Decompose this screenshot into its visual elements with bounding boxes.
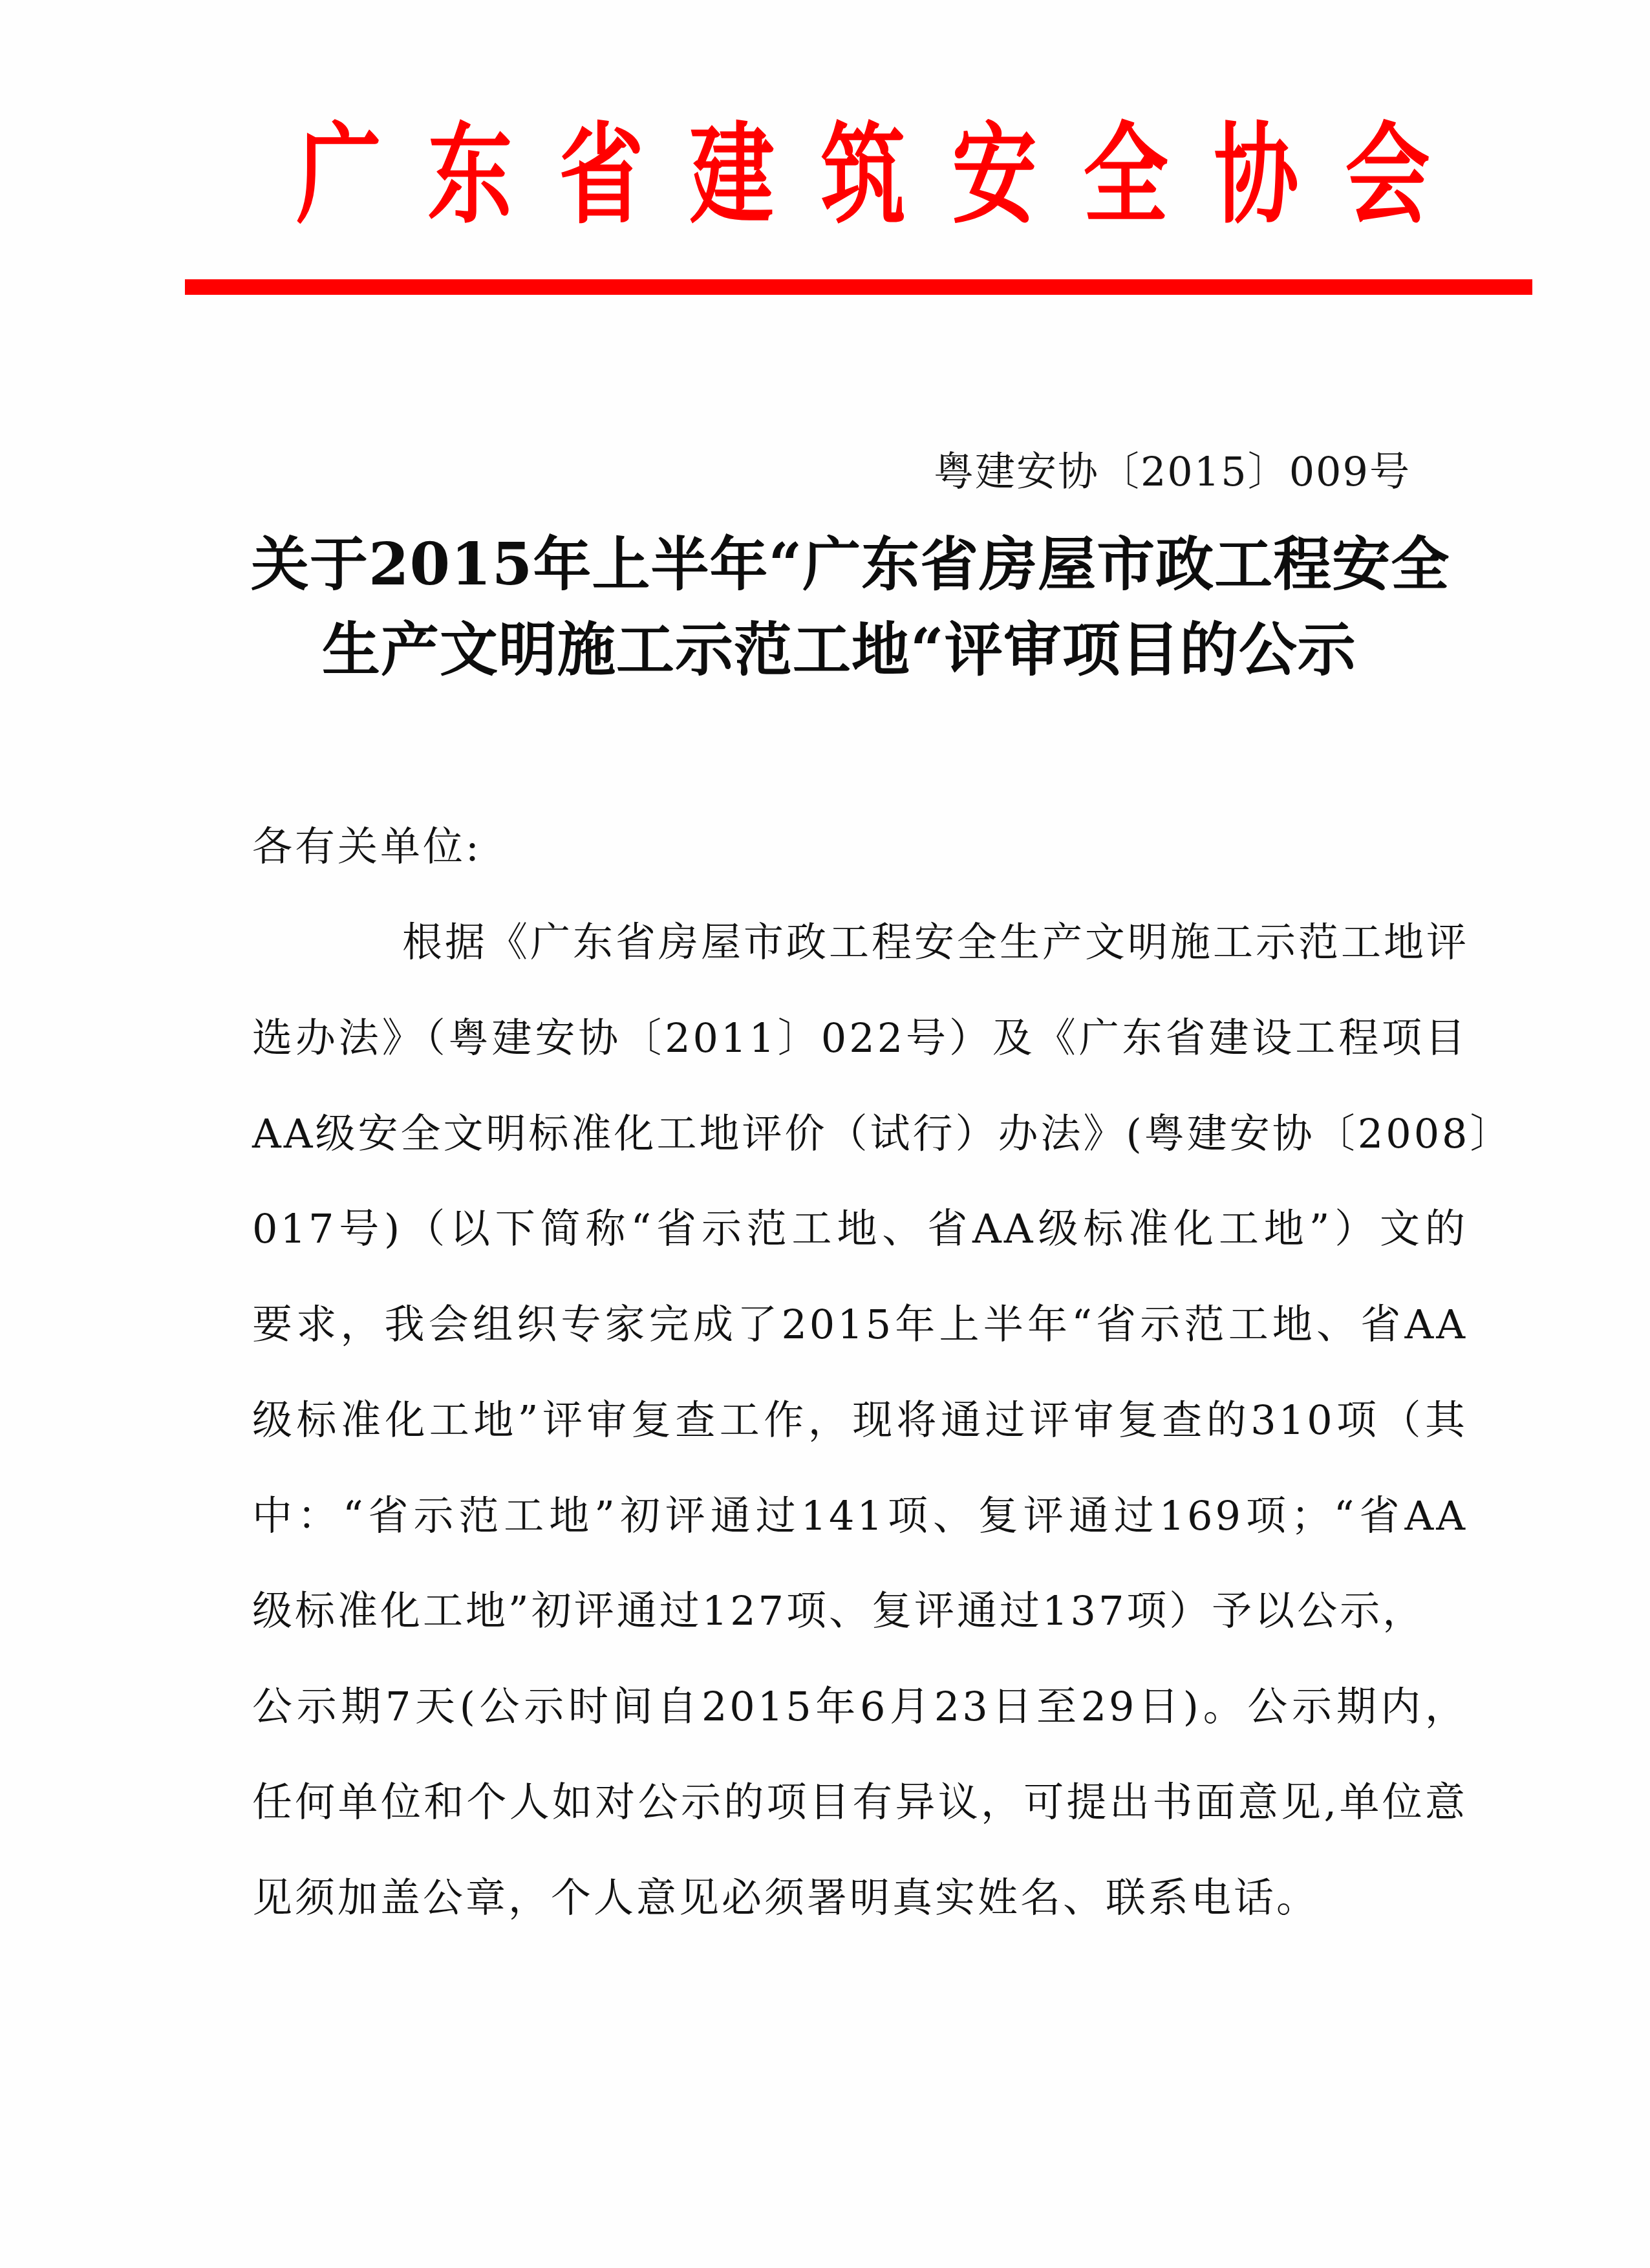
document-title-line-2: 生产文明施工示范工地“评审项目的公示 [322, 614, 1356, 685]
body-line: 根据《广东省房屋市政工程安全生产文明施工示范工地评 [402, 917, 1468, 968]
body-line: 级标准化工地”初评通过127项、复评通过137项）予以公示， [252, 1585, 1468, 1637]
letterhead-char: 筑 [820, 110, 905, 239]
body-line: AA级安全文明标准化工地评价（试行）办法》(粤建安协〔2008〕 [252, 1108, 1468, 1160]
body-line: 中：“省示范工地”初评通过141项、复评通过169项；“省AA [252, 1490, 1468, 1542]
body-line: 见须加盖公章，个人意见必须署明真实姓名、联系电话。 [252, 1872, 1468, 1924]
body-line: 任何单位和个人如对公示的项目有异议，可提出书面意见,单位意 [252, 1777, 1468, 1828]
body-line: 017号)（以下简称“省示范工地、省AA级标准化工地”）文的 [252, 1203, 1468, 1255]
document-number: 粤建安协〔2015〕009号 [934, 446, 1411, 498]
body-line: 要求，我会组织专家完成了2015年上半年“省示范工地、省AA [252, 1299, 1468, 1351]
letterhead-char: 建 [690, 110, 775, 239]
letterhead-red-divider [185, 279, 1532, 295]
body-line: 级标准化工地”评审复查工作，现将通过评审复查的310项（其 [252, 1395, 1468, 1446]
letterhead-char: 协 [1214, 110, 1299, 239]
body-line: 选办法》（粤建安协〔2011〕022号）及《广东省建设工程项目 [252, 1012, 1468, 1064]
salutation: 各有关单位: [252, 821, 1468, 873]
letterhead-char: 广 [296, 110, 381, 239]
letterhead-char: 省 [559, 110, 643, 239]
body-line: 公示期7天(公示时间自2015年6月23日至29日)。公示期内， [252, 1681, 1468, 1733]
document-page: 广 东 省 建 筑 安 全 协 会 粤建安协〔2015〕009号 关于2015年… [0, 0, 1650, 2268]
letterhead-char: 东 [427, 110, 512, 239]
letterhead-organization-name: 广 东 省 建 筑 安 全 协 会 [284, 110, 1442, 239]
letterhead-char: 安 [952, 110, 1036, 239]
letterhead-char: 会 [1345, 110, 1430, 239]
letterhead-char: 全 [1083, 110, 1168, 239]
document-title-line-1: 关于2015年上半年“广东省房屋市政工程安全 [251, 529, 1450, 600]
